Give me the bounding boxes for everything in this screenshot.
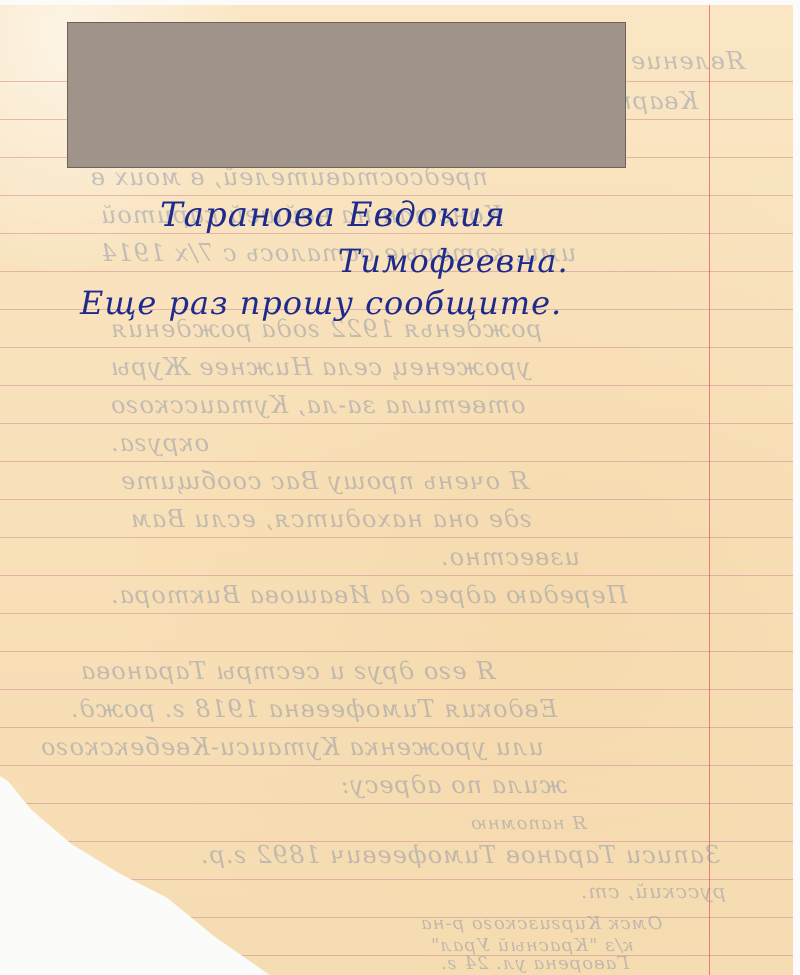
ruled-line <box>0 765 793 766</box>
bleed-through-text: известно. <box>440 543 580 571</box>
bleed-through-text: жила по адресу: <box>340 771 567 799</box>
handwritten-name-line: Таранова Евдокия <box>160 195 506 235</box>
handwritten-request-line: Еще раз прошу сообщите. <box>80 284 562 322</box>
ruled-line <box>0 347 793 348</box>
bleed-through-text: Омск Киргизского р-на <box>420 913 662 934</box>
bleed-through-text: уроженец села Нижнее Журы <box>110 353 531 381</box>
bleed-through-text: Гаворена ул. 24 г. <box>440 953 629 974</box>
ruled-line <box>0 575 793 576</box>
bleed-through-text: Передаю адрес да Ивашова Виктора. <box>110 581 628 609</box>
ruled-line <box>0 955 793 956</box>
ruled-line <box>0 423 793 424</box>
bleed-through-text: Записи Таранов Тимофеевич 1892 г.р. <box>200 841 720 869</box>
ruled-line <box>0 499 793 500</box>
ruled-line <box>0 461 793 462</box>
bleed-through-text: ответила за-ла, Кутаисского <box>110 391 525 419</box>
bleed-through-text: Явление <box>630 47 745 75</box>
bleed-through-text: округа. <box>110 429 209 457</box>
bleed-through-text: Я напомню <box>470 813 587 834</box>
ruled-line <box>0 651 793 652</box>
ruled-line <box>0 385 793 386</box>
ruled-line <box>0 917 793 918</box>
handwritten-patronymic-line: Тимофеевна. <box>338 242 569 280</box>
redaction-box <box>67 22 626 168</box>
bleed-through-text: Я его друг и сестры Таранова <box>80 657 496 685</box>
ruled-line <box>0 727 793 728</box>
margin-line <box>709 5 710 975</box>
bleed-through-text: или уроженка Кутаиси-Квебекского <box>40 733 544 761</box>
ruled-line <box>0 689 793 690</box>
bleed-through-text: Я очень прошу Вас сообщите <box>120 467 529 495</box>
bleed-through-text: где она находится, если Вам <box>130 505 532 533</box>
bleed-through-text: Евдокия Тимофеевна 1918 г. рожд. <box>70 695 557 723</box>
bleed-through-text: русский, ст. <box>580 879 726 903</box>
ruled-line <box>0 803 793 804</box>
ruled-line <box>0 613 793 614</box>
ruled-line <box>0 537 793 538</box>
